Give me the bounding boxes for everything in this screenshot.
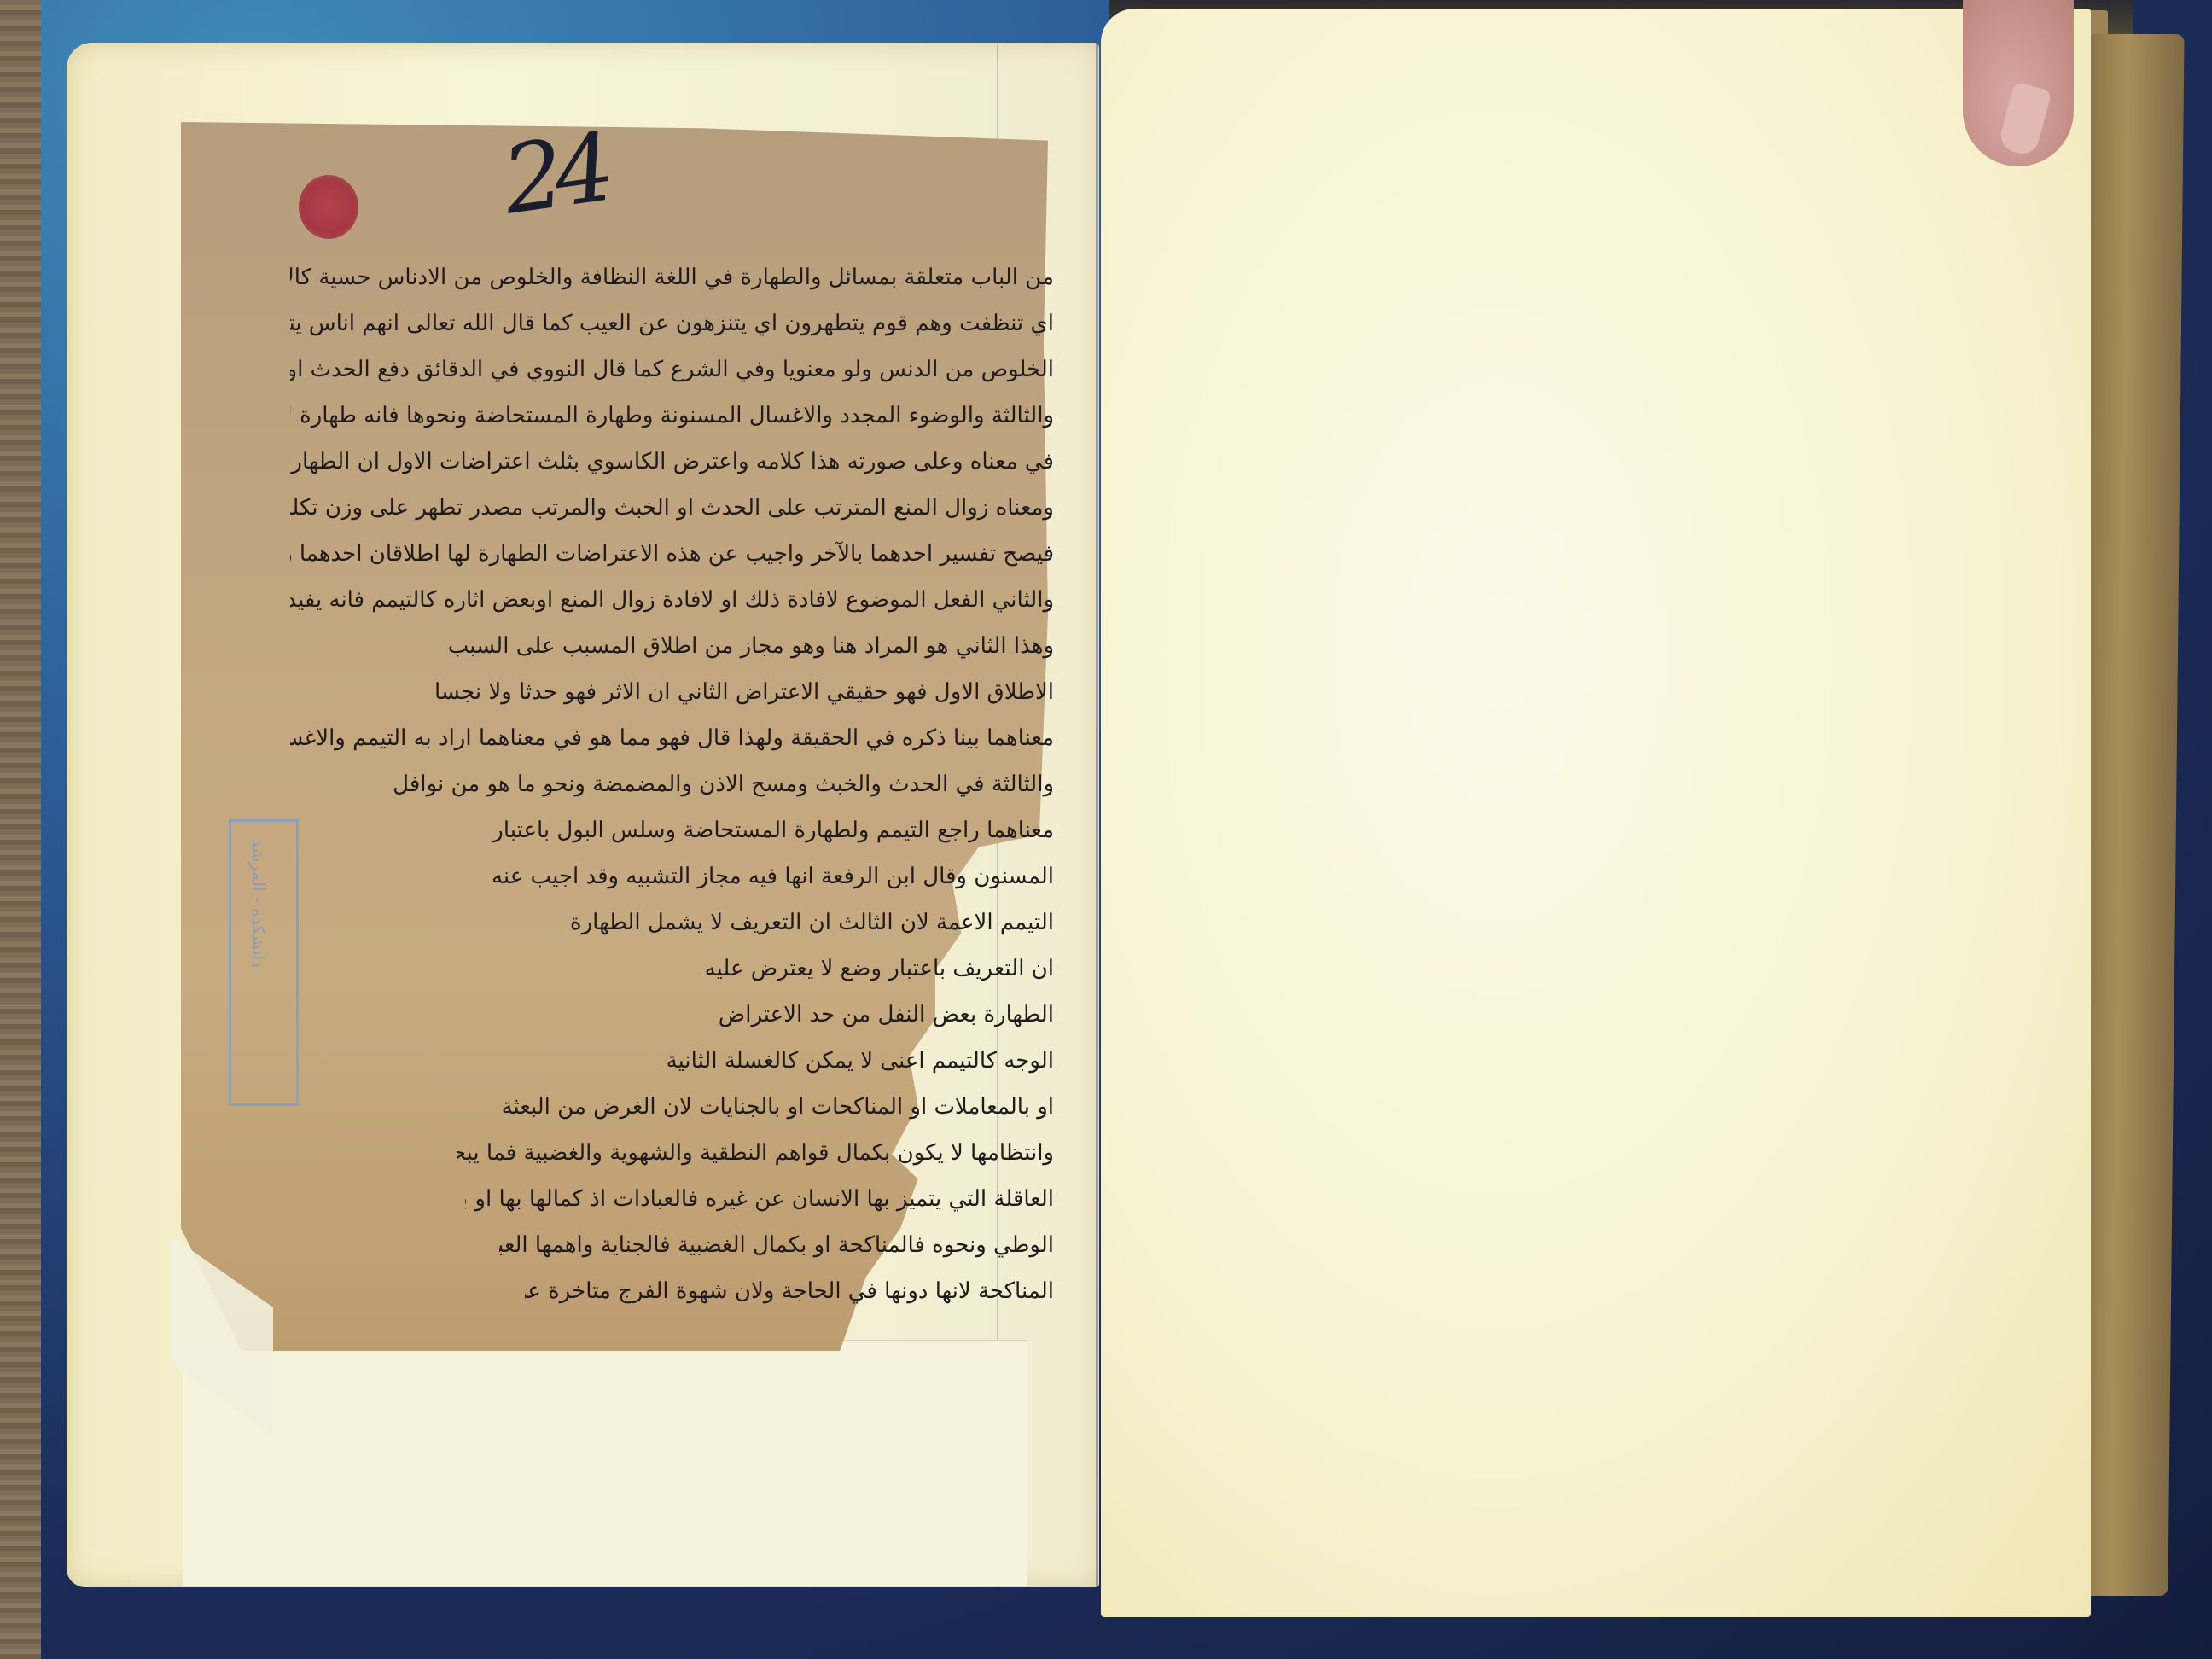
text-line: في معناه وعلى صورته هذا كلامه واعترض الك… bbox=[290, 440, 1054, 483]
paper-mount-strip bbox=[183, 1340, 1027, 1586]
red-seal-mark bbox=[299, 175, 358, 239]
folio-number: 24 bbox=[497, 113, 614, 235]
text-line: المسنون وقال ابن الرفعة انها فيه مجاز ال… bbox=[422, 855, 1054, 898]
text-line: التيمم الاعمة لان الثالث ان التعريف لا ي… bbox=[431, 901, 1054, 944]
text-line: فيصح تفسير احدهما بالآخر واجيب عن هذه ال… bbox=[290, 533, 1054, 575]
text-line: الوجه كالتيمم اعنى لا يمكن كالغسلة الثان… bbox=[439, 1039, 1054, 1082]
text-line: من الباب متعلقة بمسائل والطهارة في اللغة… bbox=[290, 256, 1054, 299]
text-line: الوطي ونحوه فالمناكحة او بكمال الغضبية ف… bbox=[499, 1224, 1054, 1266]
text-line: الطهارة بعض النفل من حد الاعتراض bbox=[465, 993, 1054, 1036]
text-line: والثالثة في الحدث والخبث ومسح الاذن والم… bbox=[388, 763, 1054, 806]
text-line: والثالثة والوضوء المجدد والاغسال المسنون… bbox=[290, 394, 1054, 437]
manuscript-text: من الباب متعلقة بمسائل والطهارة في اللغة… bbox=[290, 256, 1054, 1316]
text-line: الاطلاق الاول فهو حقيقي الاعتراض الثاني … bbox=[290, 671, 1054, 713]
gutter-line bbox=[1096, 43, 1098, 1587]
blank-right-page[interactable] bbox=[1101, 9, 2091, 1617]
text-line: وانتظامها لا يكون بكمال قواهم النطقية وا… bbox=[457, 1132, 1054, 1174]
text-line: او بالمعاملات او المناكحات او بالجنايات … bbox=[457, 1086, 1054, 1128]
text-line: الخلوص من الدنس ولو معنويا وفي الشرع كما… bbox=[290, 348, 1054, 391]
text-line: العاقلة التي يتميز بها الانسان عن غيره ف… bbox=[465, 1178, 1054, 1220]
text-line: وهذا الثاني هو المراد هنا وهو مجاز من اط… bbox=[290, 625, 1054, 667]
text-line: معناهما راجع التيمم ولطهارة المستحاضة وس… bbox=[422, 809, 1054, 852]
text-line: ومعناه زوال المنع المترتب على الحدث او ا… bbox=[290, 486, 1054, 529]
stamp-text: دانشكده - المرشد bbox=[248, 839, 269, 968]
library-stamp: دانشكده - المرشد bbox=[229, 819, 299, 1106]
text-line: اي تنظفت وهم قوم يتطهرون اي يتنزهون عن ا… bbox=[290, 302, 1054, 345]
wooden-table bbox=[0, 0, 41, 1659]
text-line: المناكحة لانها دونها في الحاجة ولان شهوة… bbox=[525, 1270, 1054, 1313]
text-line: ان التعريف باعتبار وضع لا يعترض عليه bbox=[457, 947, 1054, 990]
text-line: والثاني الفعل الموضوع لافادة ذلك او لافا… bbox=[290, 579, 1054, 621]
text-line: معناهما بينا ذكره في الحقيقة ولهذا قال ف… bbox=[290, 717, 1054, 760]
